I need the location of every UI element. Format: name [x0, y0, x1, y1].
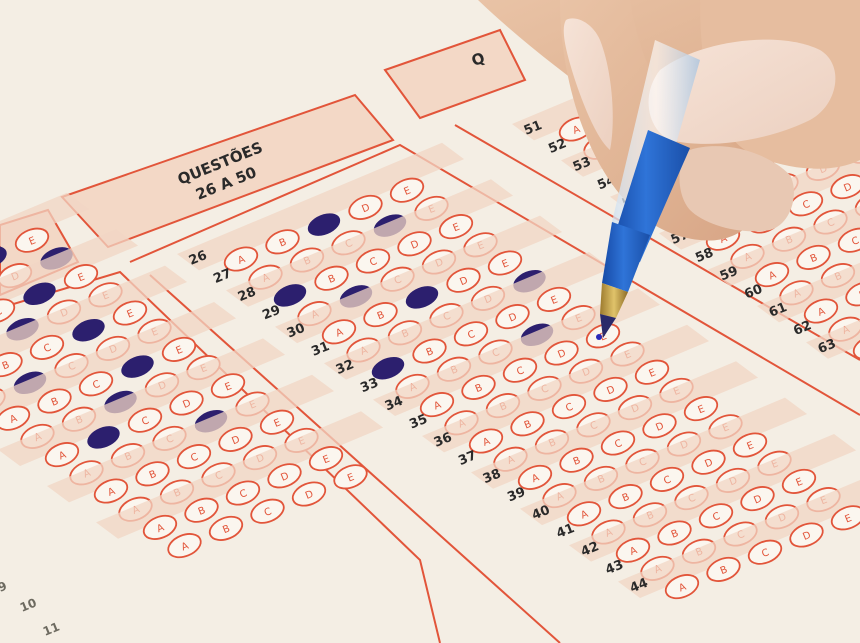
answer-sheet: QUESTÕES26 A 50QABCEABCDABCEABDEABCEACDE…: [0, 0, 860, 643]
